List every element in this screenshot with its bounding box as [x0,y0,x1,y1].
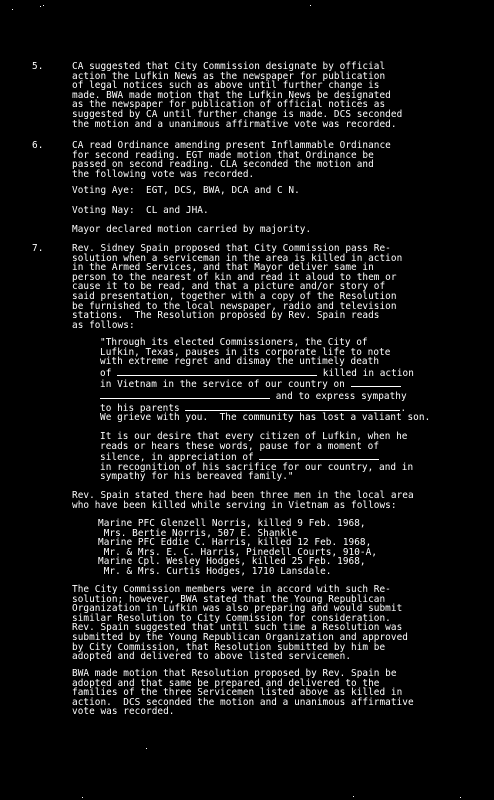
blank-name-field [259,451,379,460]
blank-name-field [117,367,317,376]
voting-aye: Voting Aye: EGT, DCS, BWA, DCA and C N. [72,186,472,196]
scan-speck [43,5,44,6]
item-5: 5. CA suggested that City Commission des… [72,62,472,129]
scan-speck [40,6,41,7]
scan-speck [146,748,147,749]
deceased-name-line: of killed in action [100,367,470,379]
casualty-family: Mr. & Mrs. Curtis Hodges, 1710 Lansdale. [98,567,468,577]
blank-parents-field [185,402,400,411]
casualty-list: Marine PFC Glenzell Norris, killed 9 Feb… [98,519,468,577]
date-line: in Vietnam in the service of our country… [100,378,470,390]
scan-speck [353,796,354,797]
scan-speck [460,797,461,798]
item-6: 6. CA read Ordinance amending present In… [72,141,472,179]
commission-discussion: The City Commission members were in acco… [72,585,472,662]
text-line: the motion and a unanimous affirmative v… [72,120,472,130]
blank-date-field [100,390,270,399]
resolution-desire: It is our desire that every citizen of L… [100,432,470,482]
final-motion: BWA made motion that Resolution proposed… [72,669,472,717]
voting-nay: Voting Nay: CL and JHA. [72,206,472,216]
item-number: 6. [32,141,62,151]
item-number: 5. [32,62,62,72]
item-number: 7. [32,244,62,254]
text-line: as follows: [72,321,472,331]
sympathy-line: and to express sympathy [100,390,470,402]
blank-date-field [351,378,401,387]
resolution-grieve: We grieve with you. The community has lo… [100,413,470,423]
scan-speck [310,5,311,6]
resolution-text: "Through its elected Commissioners, the … [100,338,470,413]
item-7: 7. Rev. Sidney Spain proposed that City … [72,244,472,330]
scan-speck [12,9,13,10]
mayor-declaration: Mayor declared motion carried by majorit… [72,225,472,235]
casualties-intro: Rev. Spain stated there had been three m… [72,491,472,510]
scanned-document-page: 5. CA suggested that City Commission des… [0,0,494,800]
scan-speck [82,797,83,798]
text-line: the following vote was recorded. [72,170,472,180]
